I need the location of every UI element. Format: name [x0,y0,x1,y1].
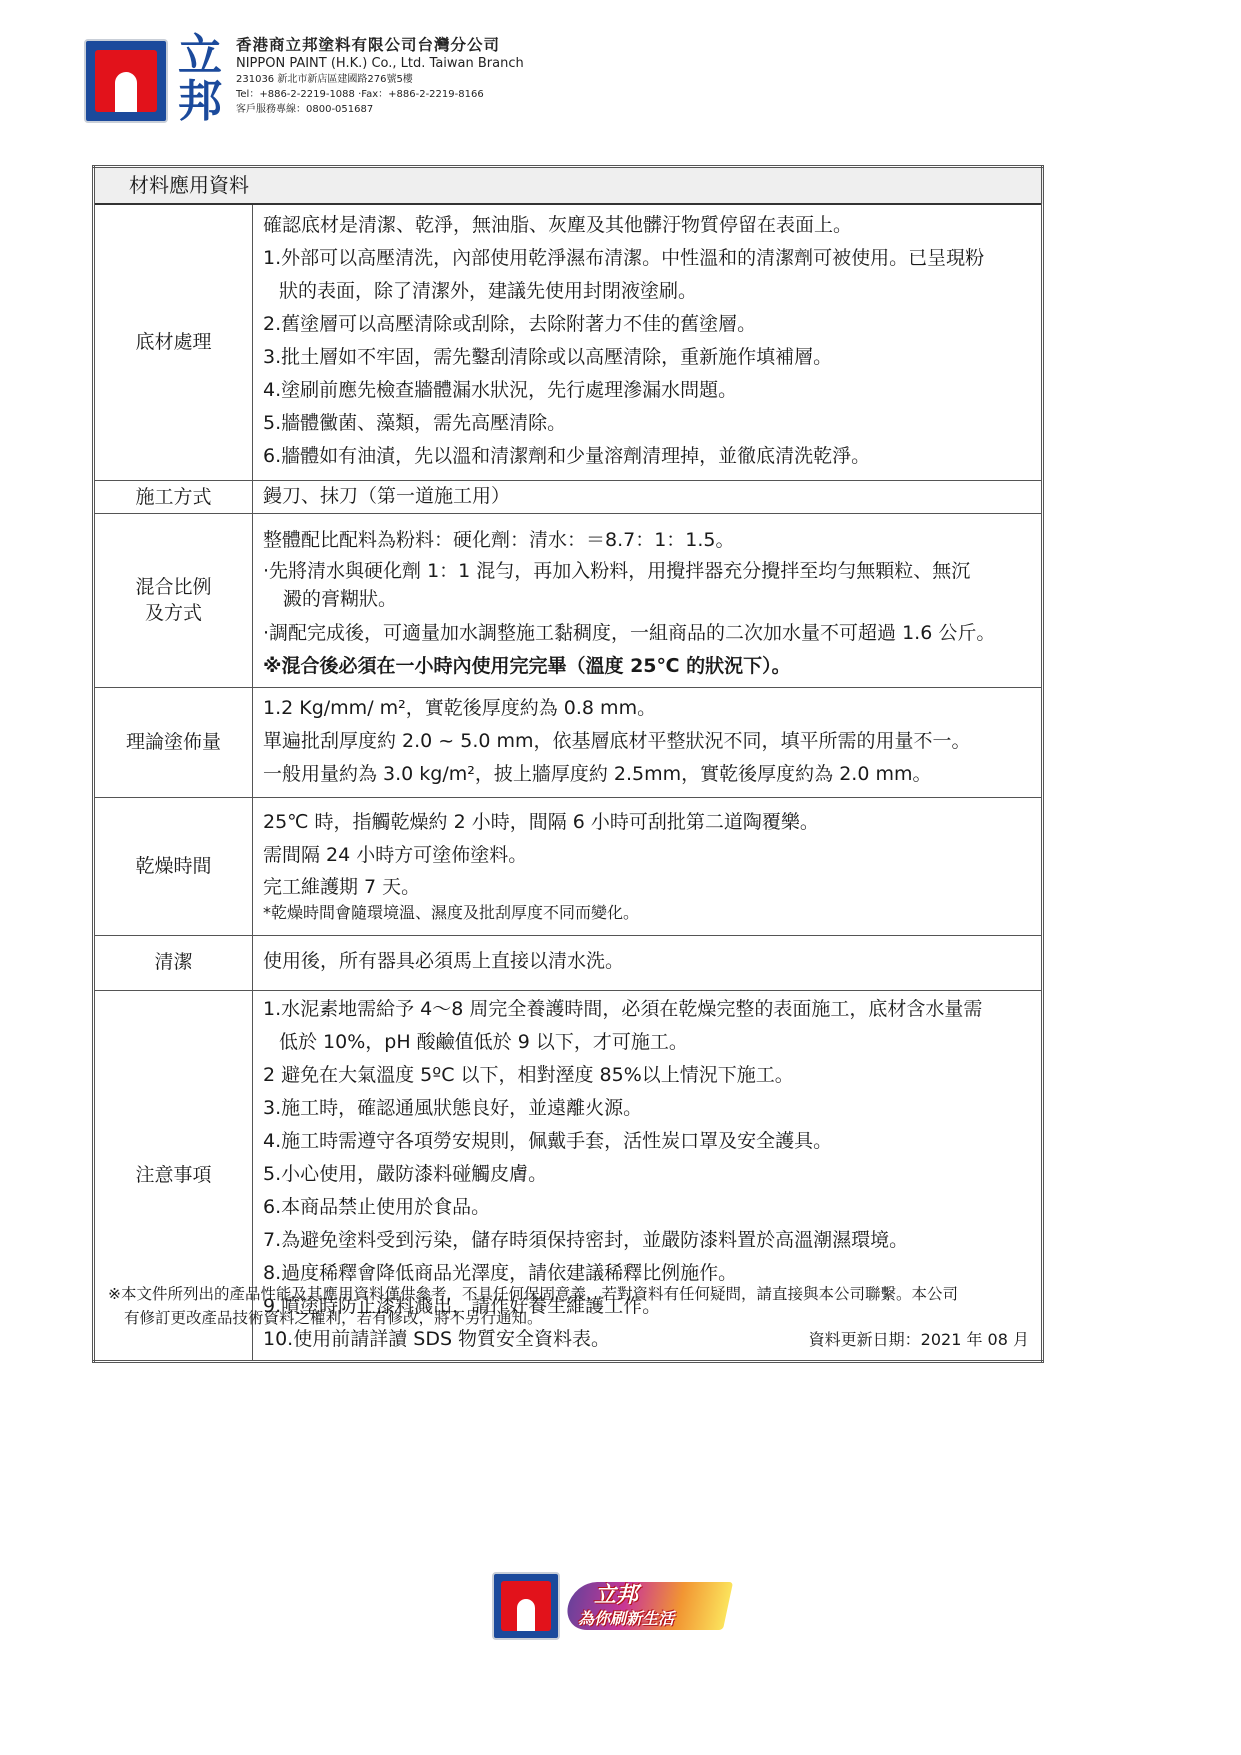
table-title-row: 材料應用資料 [94,167,1043,205]
nippon-logo-icon [492,1572,560,1640]
row-label: 乾燥時間 [94,797,253,935]
company-name-cn: 香港商立邦塗料有限公司台灣分公司 [236,35,524,55]
row-content: 鏝刀、抹刀（第一道施工用） [253,480,1043,513]
row-label: 理論塗佈量 [94,687,253,797]
content-line: 2.舊塗層可以高壓清除或刮除，去除附著力不佳的舊塗層。 [263,308,1031,341]
company-hotline: 客戶服務專線：0800-051687 [236,102,524,117]
disclaimer-line-1: ※本文件所列出的產品性能及其應用資料僅供參考，不具任何保固意義，若對資料有任何疑… [108,1282,1038,1306]
company-name-en: NIPPON PAINT (H.K.) Co., Ltd. Taiwan Bra… [236,55,524,72]
content-line: 2 避免在大氣溫度 5ºC 以下，相對溼度 85%以上情況下施工。 [263,1059,1031,1092]
disclaimer: ※本文件所列出的產品性能及其應用資料僅供參考，不具任何保固意義，若對資料有任何疑… [108,1282,1038,1330]
content-line: ‧調配完成後，可適量加水調整施工黏稠度，一組商品的二次加水量不可超過 1.6 公… [263,617,1031,650]
content-line: ‧先將清水與硬化劑 1：1 混勻，再加入粉料，用攪拌器充分攪拌至均勻無顆粒、無沉 [263,557,1031,585]
content-line-warning: ※混合後必須在一小時內使用完完畢（溫度 25℃ 的狀況下）。 [263,650,1031,683]
content-line: 6.本商品禁止使用於食品。 [263,1191,1031,1224]
row-label: 施工方式 [94,480,253,513]
content-line: 鏝刀、抹刀（第一道施工用） [263,483,1031,509]
content-line: 6.牆體如有油漬，先以溫和清潔劑和少量溶劑清理掉，並徹底清洗乾淨。 [263,440,1031,473]
table-row-cleaning: 清潔 使用後，所有器具必須馬上直接以清水洗。 [94,935,1043,990]
content-line: 整體配比配料為粉料：硬化劑：清水：＝8.7：1：1.5。 [263,524,1031,557]
row-content: 25℃ 時，指觸乾燥約 2 小時，間隔 6 小時可刮批第二道陶覆樂。 需間隔 2… [253,797,1043,935]
table-title: 材料應用資料 [94,167,1043,205]
table-row-mixing: 混合比例 及方式 整體配比配料為粉料：硬化劑：清水：＝8.7：1：1.5。 ‧先… [94,513,1043,687]
row-label-line: 及方式 [95,600,252,626]
content-line: 使用後，所有器具必須馬上直接以清水洗。 [263,945,1031,978]
brand-char-1: 立 [178,33,222,79]
row-label: 混合比例 及方式 [94,513,253,687]
slogan-text: 為你刷新生活 [578,1606,674,1629]
company-contact: Tel：+886-2-2219-1088 ‧Fax：+886-2-2219-81… [236,87,524,102]
content-line: 需間隔 24 小時方可塗佈塗料。 [263,839,1031,872]
content-line: 4.施工時需遵守各項勞安規則，佩戴手套，活性炭口罩及安全護具。 [263,1125,1031,1158]
content-line: 1.2 Kg/mm/ m²，實乾後厚度約為 0.8 mm。 [263,692,1031,725]
content-line: 一般用量約為 3.0 kg/m²，披上牆厚度約 2.5mm，實乾後厚度約為 2.… [263,758,1031,791]
content-line: 單遍批刮厚度約 2.0 ~ 5.0 mm，依基層底材平整狀況不同，填平所需的用量… [263,725,1031,758]
content-line: 低於 10%，pH 酸鹼值低於 9 以下，才可施工。 [263,1026,1031,1059]
row-label: 底材處理 [94,204,253,480]
content-line: 5.小心使用，嚴防漆料碰觸皮膚。 [263,1158,1031,1191]
company-info: 香港商立邦塗料有限公司台灣分公司 NIPPON PAINT (H.K.) Co.… [236,35,524,117]
content-line: 1.水泥素地需給予 4～8 周完全養護時間，必須在乾燥完整的表面施工，底材含水量… [263,993,1031,1026]
row-label: 清潔 [94,935,253,990]
content-line: 5.牆體黴菌、藻類，需先高壓清除。 [263,407,1031,440]
slogan-brand: 立邦 [594,1578,638,1609]
row-content: 使用後，所有器具必須馬上直接以清水洗。 [253,935,1043,990]
slogan-banner: 立邦 為你刷新生活 [568,1576,728,1636]
row-content: 1.2 Kg/mm/ m²，實乾後厚度約為 0.8 mm。 單遍批刮厚度約 2.… [253,687,1043,797]
brand-char-2: 邦 [178,79,222,125]
material-application-table: 材料應用資料 底材處理 確認底材是清潔、乾淨，無油脂、灰塵及其他髒汙物質停留在表… [92,165,1044,1363]
content-line: 7.為避免塗料受到污染，儲存時須保持密封，並嚴防漆料置於高溫潮濕環境。 [263,1224,1031,1257]
content-line: 3.批土層如不牢固，需先鑿刮清除或以高壓清除，重新施作填補層。 [263,341,1031,374]
content-line: 狀的表面，除了清潔外，建議先使用封閉液塗刷。 [263,275,1031,308]
content-line: 25℃ 時，指觸乾燥約 2 小時，間隔 6 小時可刮批第二道陶覆樂。 [263,806,1031,839]
content-line: 3.施工時，確認通風狀態良好，並遠離火源。 [263,1092,1031,1125]
row-content: 整體配比配料為粉料：硬化劑：清水：＝8.7：1：1.5。 ‧先將清水與硬化劑 1… [253,513,1043,687]
row-content: 確認底材是清潔、乾淨，無油脂、灰塵及其他髒汙物質停留在表面上。 1.外部可以高壓… [253,204,1043,480]
content-line: 1.外部可以高壓清洗，內部使用乾淨濕布清潔。中性溫和的清潔劑可被使用。已呈現粉 [263,242,1031,275]
content-line: 4.塗刷前應先檢查牆體漏水狀況，先行處理滲漏水問題。 [263,374,1031,407]
footer-logo: 立邦 為你刷新生活 [492,1572,728,1640]
brand-cn-logo: 立 邦 [176,33,224,125]
company-address: 231036 新北市新店區建國路276號5樓 [236,72,524,87]
content-note: *乾燥時間會隨環境溫、濕度及批刮厚度不同而變化。 [263,902,1031,924]
content-line: 確認底材是清潔、乾淨，無油脂、灰塵及其他髒汙物質停留在表面上。 [263,209,1031,242]
content-line: 完工維護期 7 天。 [263,872,1031,902]
table-row-method: 施工方式 鏝刀、抹刀（第一道施工用） [94,480,1043,513]
row-label-line: 混合比例 [95,574,252,600]
nippon-logo-icon [84,39,168,123]
content-line: 澱的膏糊狀。 [263,585,1031,613]
update-date: 資料更新日期：2021 年 08 月 [809,1327,1029,1350]
table-row-coverage: 理論塗佈量 1.2 Kg/mm/ m²，實乾後厚度約為 0.8 mm。 單遍批刮… [94,687,1043,797]
letterhead: 立 邦 香港商立邦塗料有限公司台灣分公司 NIPPON PAINT (H.K.)… [84,33,524,128]
table-row-drying: 乾燥時間 25℃ 時，指觸乾燥約 2 小時，間隔 6 小時可刮批第二道陶覆樂。 … [94,797,1043,935]
table-row-substrate: 底材處理 確認底材是清潔、乾淨，無油脂、灰塵及其他髒汙物質停留在表面上。 1.外… [94,204,1043,480]
